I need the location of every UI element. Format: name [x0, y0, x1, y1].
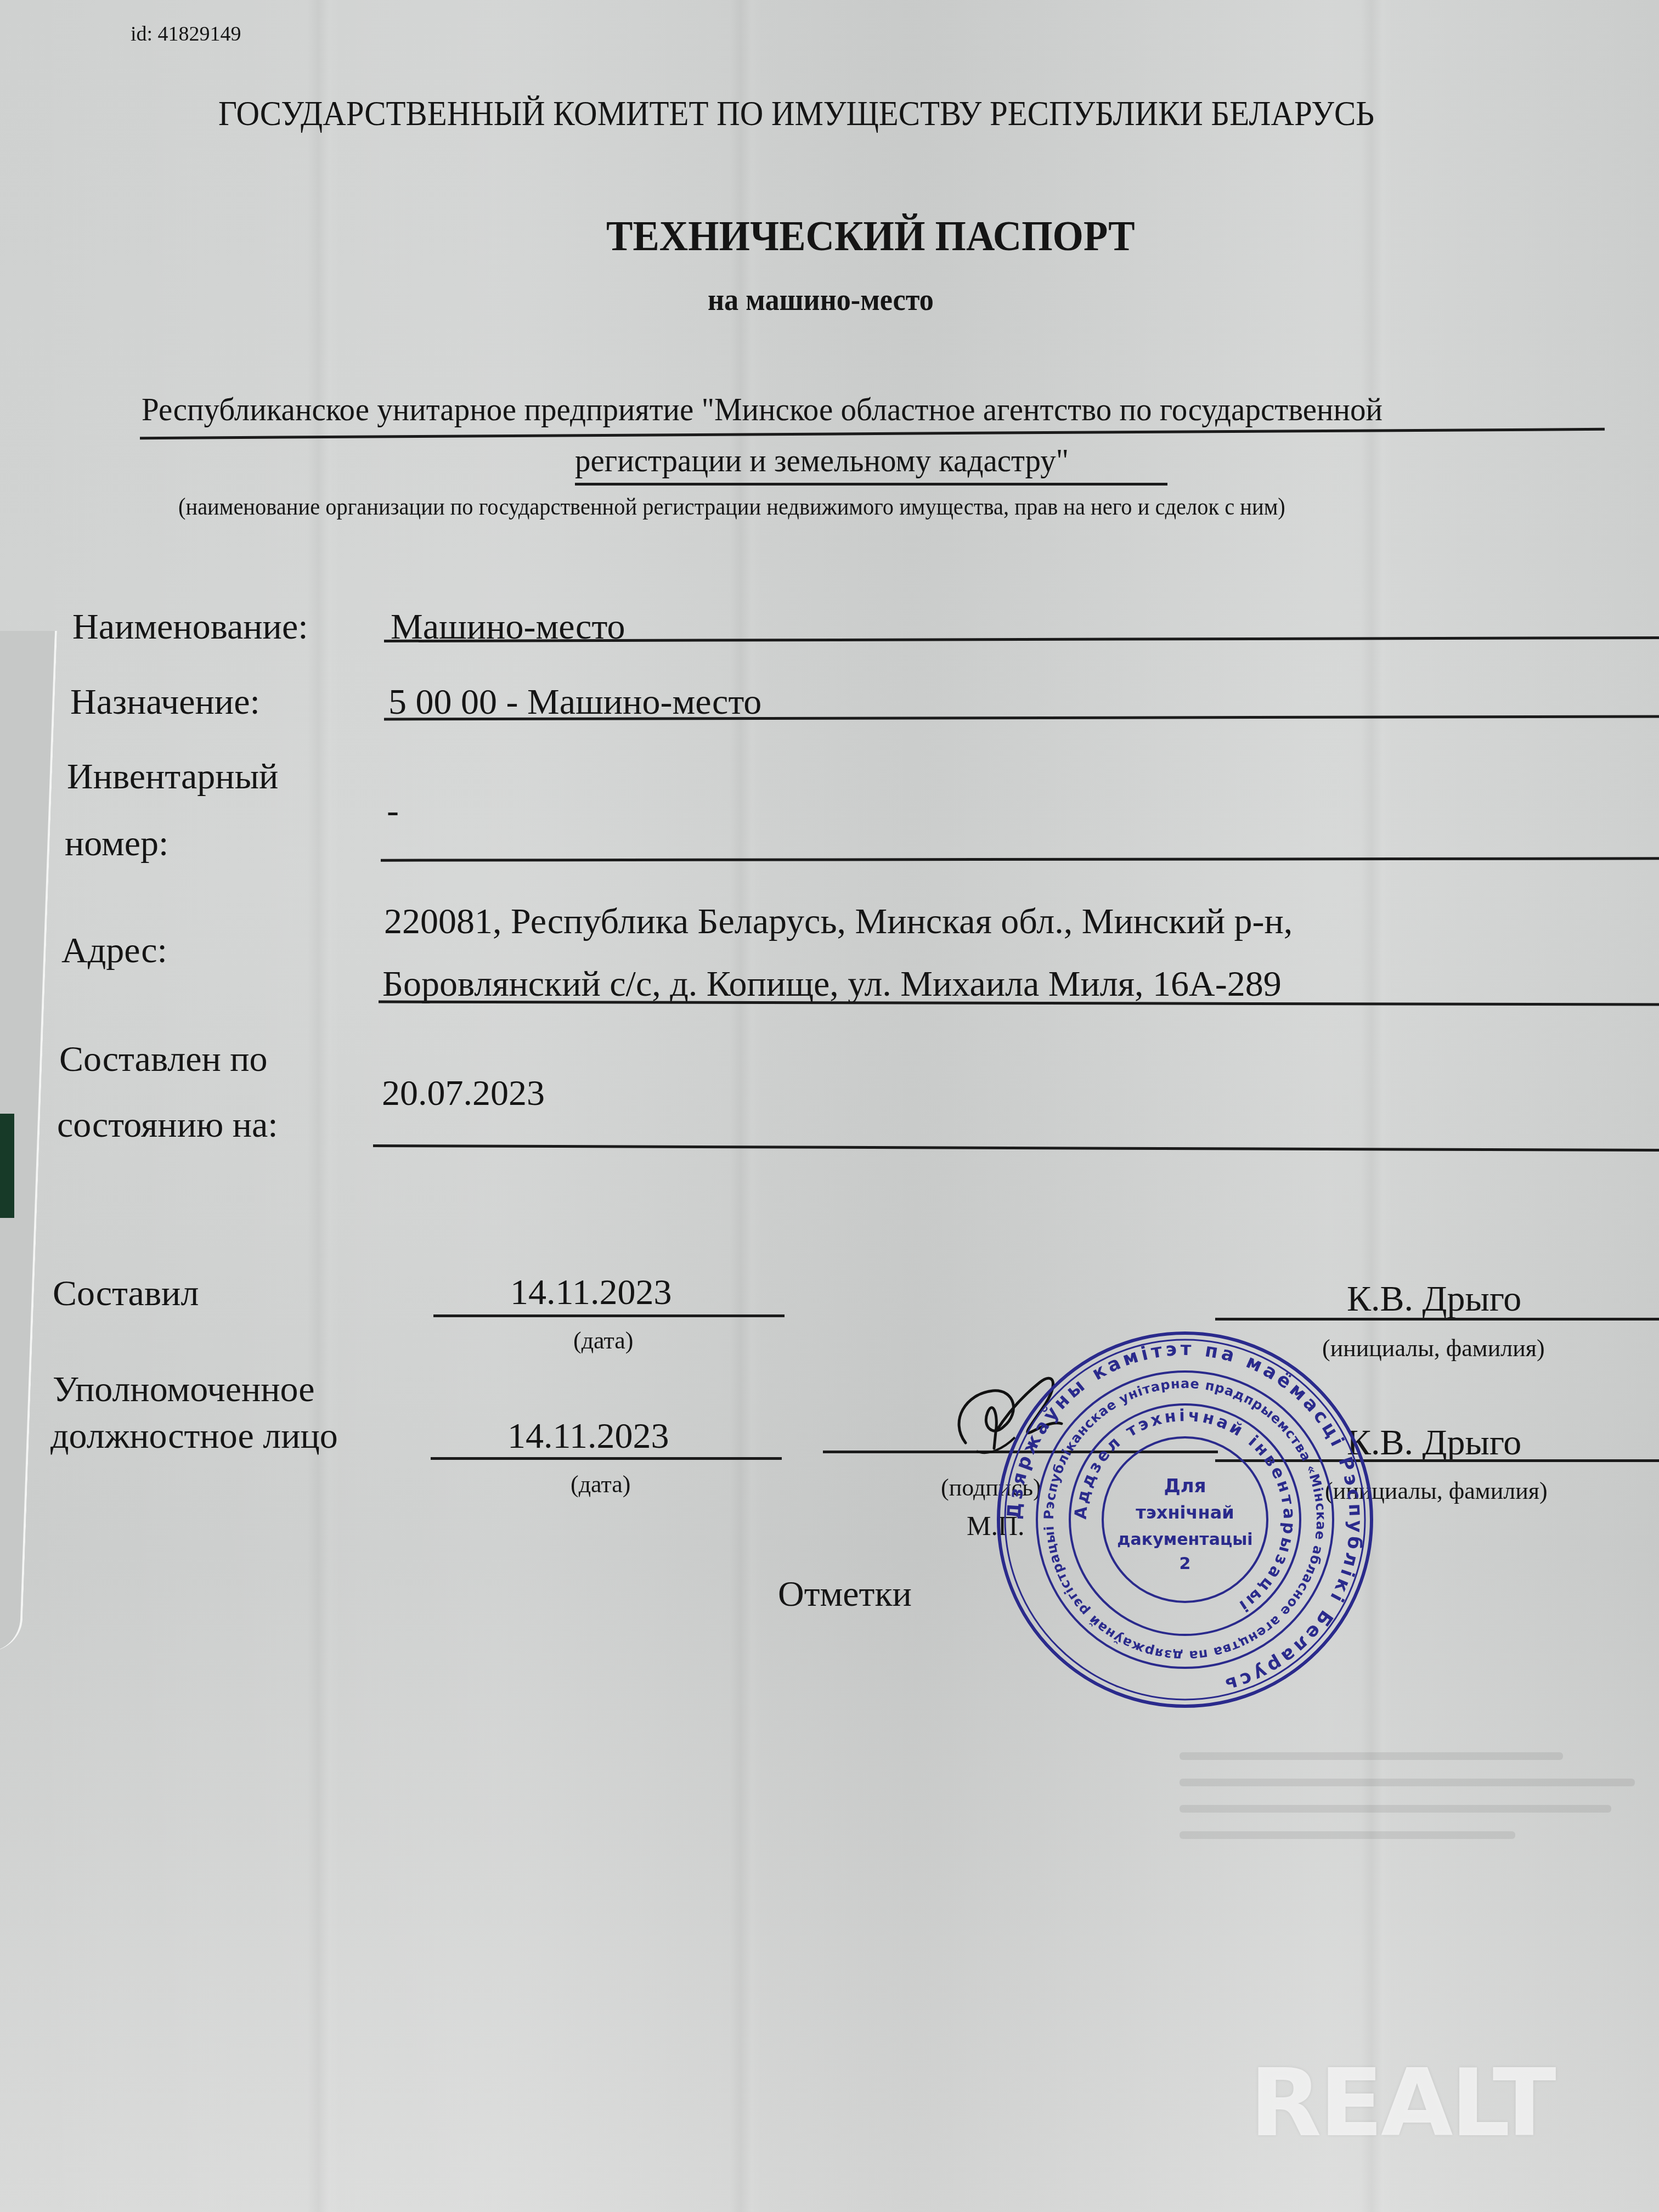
name-underline: [1215, 1318, 1659, 1321]
issuing-committee: ГОСУДАРСТВЕННЫЙ КОМИТЕТ ПО ИМУЩЕСТВУ РЕС…: [218, 93, 1374, 134]
compiled-date-caption: (дата): [573, 1327, 633, 1355]
field-label-as-of-1: Составлен по: [59, 1039, 268, 1080]
field-value-address-1: 220081, Республика Беларусь, Минская обл…: [384, 901, 1293, 943]
document-id: id: 41829149: [131, 22, 241, 46]
stamp-center-4: 2: [1180, 1554, 1191, 1573]
field-underline: [373, 1144, 1659, 1152]
page-title: ТЕХНИЧЕСКИЙ ПАСПОРТ: [606, 211, 1135, 261]
compiled-label: Составил: [53, 1273, 199, 1314]
authorized-label-1: Уполномоченное: [53, 1369, 315, 1410]
stamp-center-3: дакументацыі: [1117, 1530, 1252, 1549]
organization-caption: (наименование организации по государстве…: [178, 493, 1285, 521]
field-label-as-of-2: состоянию на:: [57, 1104, 278, 1146]
date-underline: [433, 1314, 785, 1317]
organization-line-2: регистрации и земельному кадастру": [575, 442, 1069, 479]
authorized-label-2: должностное лицо: [50, 1415, 338, 1457]
date-underline: [431, 1457, 782, 1460]
watermark-logo: REALT: [1250, 2049, 1554, 2158]
page-subtitle: на машино-место: [708, 281, 934, 318]
field-underline: [381, 857, 1659, 861]
compiled-date: 14.11.2023: [510, 1272, 672, 1313]
authorized-date-caption: (дата): [571, 1470, 630, 1498]
divider: [575, 483, 1167, 486]
field-label-inventory-2: номер:: [65, 823, 168, 865]
organization-line-1: Республиканское унитарное предприятие "М…: [142, 391, 1383, 428]
official-stamp: Дзяржаўны камітэт па маёмасці Рэспублікі…: [993, 1328, 1377, 1712]
bleed-through-text: [1180, 1734, 1659, 1931]
compiled-name: К.В. Дрыго: [1347, 1278, 1521, 1320]
stamp-center-1: Для: [1164, 1475, 1206, 1497]
notes-heading: Отметки: [778, 1573, 912, 1615]
field-value-address-2: Боровлянский с/с, д. Копище, ул. Михаила…: [382, 963, 1282, 1005]
field-label-purpose: Назначение:: [70, 681, 260, 723]
field-label-address: Адрес:: [61, 930, 167, 972]
field-label-name: Наименование:: [72, 606, 308, 648]
field-value-as-of: 20.07.2023: [382, 1073, 545, 1114]
folder-tab: [0, 1114, 14, 1218]
field-label-inventory-1: Инвентарный: [67, 756, 278, 798]
document-page: id: 41829149 ГОСУДАРСТВЕННЫЙ КОМИТЕТ ПО …: [0, 0, 1659, 2212]
authorized-date: 14.11.2023: [507, 1415, 669, 1457]
stamp-center-2: тэхнічнай: [1136, 1502, 1234, 1523]
field-value-inventory: -: [387, 790, 399, 832]
